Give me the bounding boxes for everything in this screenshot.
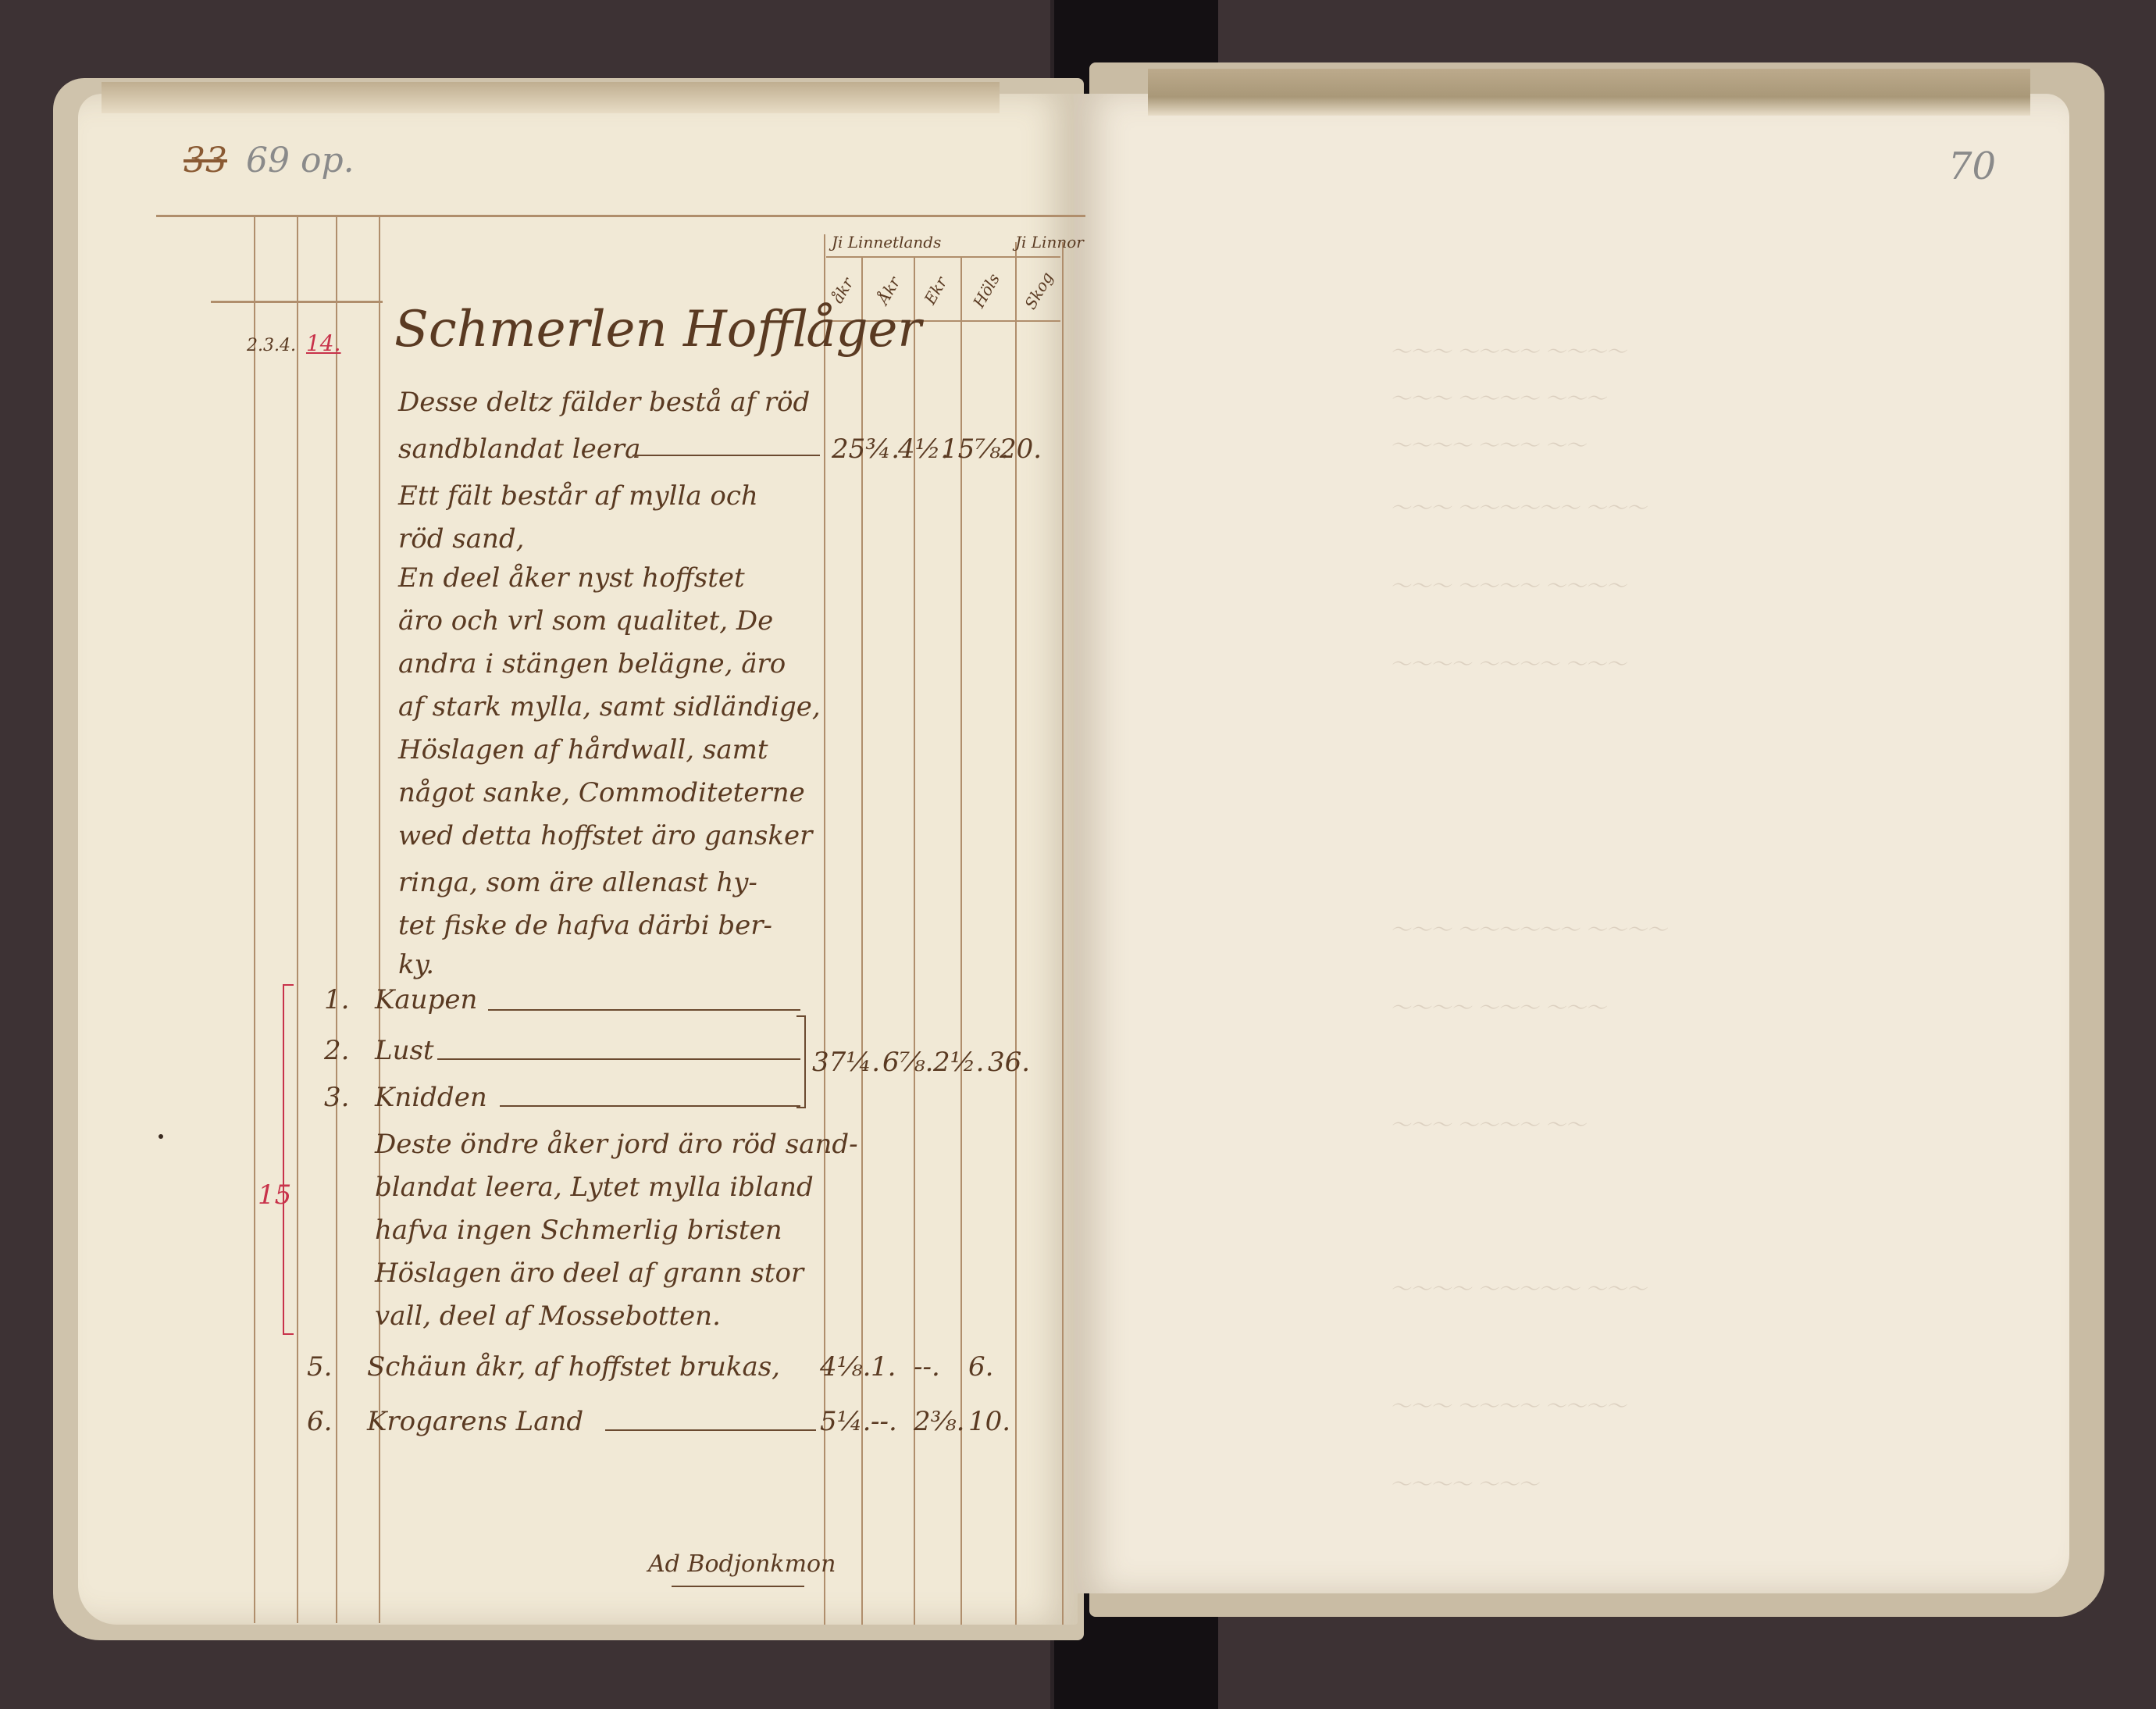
- signature: Ad Bodjonkmon: [648, 1550, 836, 1578]
- entry-line: Desse deltz fälder bestå af röd: [398, 387, 810, 418]
- bracket-value: 36.: [988, 1047, 1030, 1078]
- bleed-through-text: ～～～～ ～～～～ ～～～: [1390, 648, 1627, 677]
- value-cell: 4⅛.: [820, 1351, 871, 1383]
- item-name: Knidden: [375, 1082, 487, 1113]
- item-number: 6.: [307, 1406, 332, 1437]
- value-cell: 2⅜.: [914, 1406, 964, 1437]
- header-rule: [156, 215, 1085, 217]
- item-name: Lust: [375, 1035, 434, 1066]
- value-cell: --.: [914, 1351, 940, 1383]
- entry-line: tet fiske de hafva därbi ber-: [398, 910, 772, 941]
- old-folio: 33: [184, 141, 227, 180]
- leader-line: [633, 455, 820, 456]
- margin-column-line: [297, 217, 298, 1623]
- entry-line: En deel åker nyst hoffstet: [398, 562, 745, 594]
- new-folio: 69 op.: [246, 141, 355, 180]
- amount-column-line: [1062, 242, 1064, 1625]
- bracket-value: 6⅞.: [882, 1047, 933, 1078]
- entry-line: andra i stängen belägne, äro: [398, 648, 786, 680]
- entry-line: ky.: [398, 949, 434, 980]
- bleed-through-text: ～～～ ～～～～ ～～: [1390, 1109, 1586, 1138]
- bleed-through-text: ～～～～ ～～～ ～～: [1390, 430, 1586, 458]
- bleed-through-text: ～～～～ ～～～: [1390, 1468, 1538, 1497]
- value-cell: 1.: [871, 1351, 896, 1383]
- leader-line: [500, 1105, 800, 1107]
- margin-ref-text: 2.3.4.: [247, 336, 296, 355]
- description-line: hafva ingen Schmerlig bristen: [375, 1215, 782, 1246]
- right-folio-number: 70: [1948, 144, 1996, 188]
- entry-line: Ett fält består af mylla och: [398, 480, 758, 512]
- red-margin-bracket: [283, 984, 294, 1335]
- leader-line: [605, 1429, 816, 1431]
- value-cell: 25¾.: [832, 433, 900, 465]
- entry-line: äro och vrl som qualitet, De: [398, 605, 773, 637]
- right-page-top-edge: [1148, 69, 2030, 116]
- description-line: Deste öndre åker jord äro röd sand-: [375, 1129, 858, 1160]
- entry-title: Schmerlen Hofflåger: [394, 301, 921, 359]
- bleed-through-text: ～～～ ～～～～～～ ～～～～: [1390, 914, 1667, 943]
- entry-line: något sanke, Commoditeterne: [398, 777, 805, 808]
- margin-reference: 2.3.4. 14.: [247, 330, 341, 356]
- leader-line: [488, 1009, 800, 1011]
- item-name: Kaupen: [375, 984, 477, 1015]
- items-bracket: [796, 1015, 806, 1108]
- left-page-top-edge: [102, 82, 1000, 113]
- leader-line: [437, 1058, 800, 1060]
- item-number: 2.: [324, 1035, 349, 1066]
- bleed-through-text: ～～～ ～～～～ ～～～～: [1390, 570, 1627, 599]
- margin-column-line: [336, 217, 337, 1623]
- value-cell: 6.: [968, 1351, 993, 1383]
- column-header-rule: [826, 256, 1060, 258]
- value-cell: 15⅞.: [941, 433, 1009, 465]
- ink-speck: [159, 1134, 163, 1139]
- bracket-value: 37¼.: [812, 1047, 880, 1078]
- value-cell: 20.: [1000, 433, 1042, 465]
- column-group-header-linnor: Ji Linnor: [1015, 233, 1084, 252]
- entry-line: Höslagen af hårdwall, samt: [398, 734, 768, 765]
- entry-line: ringa, som äre allenast hy-: [398, 867, 757, 898]
- value-cell: 10.: [968, 1406, 1010, 1437]
- right-page: [1074, 94, 2069, 1593]
- bleed-through-text: ～～～～ ～～～～～ ～～～: [1390, 1273, 1647, 1302]
- bleed-through-text: ～～～ ～～～～ ～～～～: [1390, 336, 1627, 365]
- bleed-through-text: ～～～ ～～～～ ～～～～: [1390, 1390, 1627, 1419]
- margin-column-line: [254, 217, 255, 1623]
- bleed-through-text: ～～～ ～～～～ ～～～: [1390, 383, 1606, 412]
- column-group-header-linnetlands: Ji Linnetlands: [832, 233, 941, 252]
- margin-number-red: 14.: [306, 330, 341, 356]
- item-name: Krogarens Land: [367, 1406, 583, 1437]
- description-line: blandat leera, Lytet mylla ibland: [375, 1172, 814, 1203]
- bleed-through-text: ～～～～ ～～～ ～～～: [1390, 992, 1606, 1021]
- entry-line: röd sand,: [398, 523, 524, 555]
- description-line: Höslagen äro deel af grann stor: [375, 1258, 804, 1289]
- bleed-through-text: ～～～ ～～～～～～ ～～～: [1390, 492, 1647, 521]
- value-cell: --.: [871, 1406, 897, 1437]
- item-number: 3.: [324, 1082, 349, 1113]
- bracket-value: 2½.: [933, 1047, 984, 1078]
- entry-line: af stark mylla, samt sidländige,: [398, 691, 821, 722]
- entry-line: sandblandat leera: [398, 433, 640, 465]
- description-line: vall, deel af Mossebotten.: [375, 1300, 721, 1332]
- value-cell: 5¼.: [820, 1406, 871, 1437]
- item-number: 5.: [307, 1351, 332, 1383]
- signature-flourish: [672, 1586, 804, 1587]
- entry-line: wed detta hoffstet äro gansker: [398, 820, 812, 851]
- item-name: Schäun åkr, af hoffstet brukas,: [367, 1351, 780, 1383]
- left-folio-number: 33 69 op.: [184, 141, 355, 180]
- red-margin-number: 15: [258, 1179, 291, 1211]
- item-number: 1.: [324, 984, 349, 1015]
